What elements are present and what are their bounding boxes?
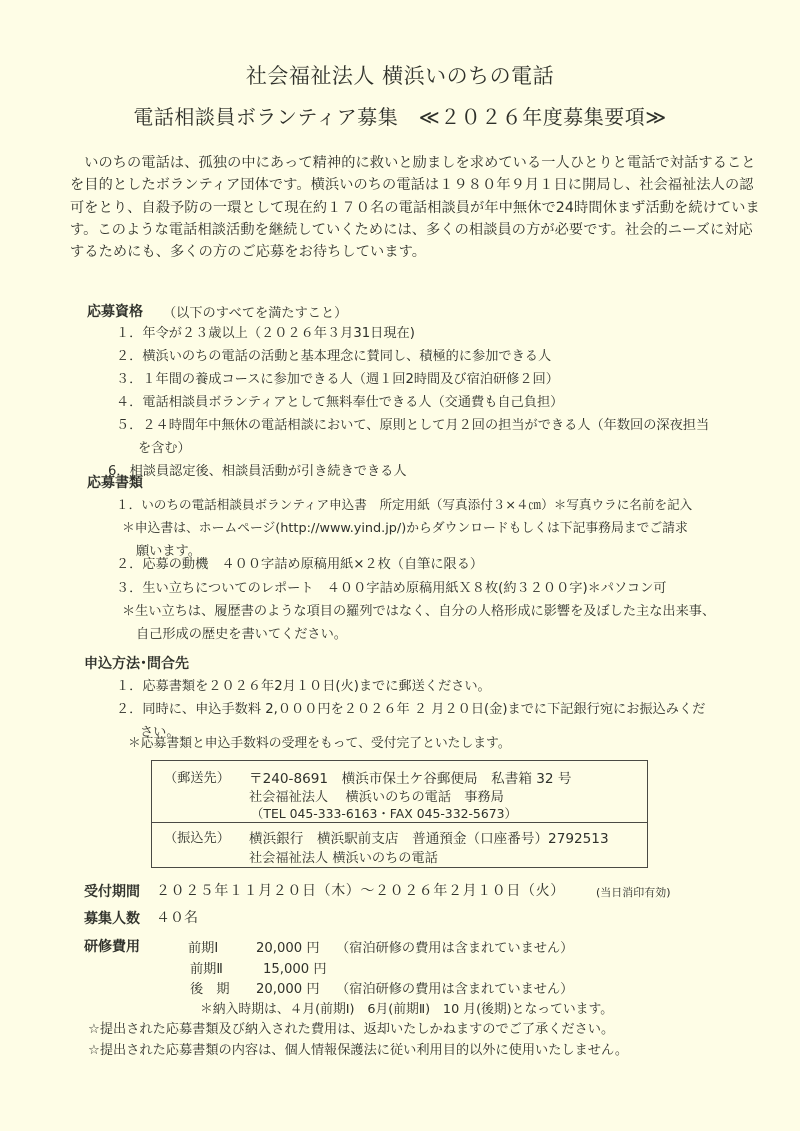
mail-recipient: 社会福祉法人 横浜いのちの電話 事務局 [249, 786, 504, 805]
period-note: (当日消印有効) [596, 884, 671, 900]
qualification-item: １．年令が２３歳以上（２０２６年３月31日現在) [116, 322, 415, 341]
document-item: １．いのちの電話相談員ボランティア申込書 所定用紙（写真添付３×４㎝）＊写真ウラ… [116, 494, 692, 513]
qualification-item: ３．１年間の養成コースに参加できる人（週１回2時間及び宿泊研修２回） [116, 368, 559, 387]
fee-term: 前期Ⅱ [190, 958, 223, 977]
qualification-item: ５．２４時間年中無休の電話相談において、原則として月２回の担当ができる人（年数回… [116, 414, 709, 433]
recruits-value: ４０名 [156, 907, 198, 927]
application-item: １．応募書類を２０２６年2月１０日(火)までに郵送ください。 [116, 675, 491, 694]
bank-account: 横浜銀行 横浜駅前支店 普通預金（口座番号）2792513 [249, 827, 609, 847]
organization-title: 社会福祉法人 横浜いのちの電話 [0, 60, 800, 90]
period-label: 受付期間 [84, 881, 140, 901]
fee-amount: 15,000 円 [263, 958, 327, 977]
fee-payment-note: ＊納入時期は、４月(前期Ⅰ) 6月(前期Ⅱ) 10 月(後期)となっています。 [200, 998, 613, 1017]
box-divider [152, 822, 647, 823]
recruits-label: 募集人数 [84, 908, 140, 928]
fee-term: 前期Ⅰ [188, 937, 218, 956]
qualifications-heading: 応募資格 [87, 301, 143, 321]
application-item: ２．同時に、申込手数料 2,０００円を２０２６年 ２ 月２０日(金)までに下記銀… [116, 698, 705, 717]
mail-address: 〒240-8691 横浜市保土ケ谷郵便局 私書箱 32 号 [249, 767, 571, 787]
qualification-item: ２．横浜いのちの電話の活動と基本理念に賛同し、積極的に参加できる人 [116, 345, 551, 364]
fee-term: 後 期 [190, 978, 230, 997]
notice-item: ☆提出された応募書類の内容は、個人情報保護法に従い利用目的以外に使用いたしません… [88, 1039, 628, 1058]
qualifications-note: （以下のすべてを満たすこと） [163, 302, 347, 321]
fee-note: （宿泊研修の費用は含まれていません） [336, 937, 573, 956]
period-value: ２０２５年１１月２０日（木）～２０２６年２月１０日（火） [156, 880, 565, 900]
qualification-item: ４．電話相談員ボランティアとして無料奉仕できる人（交通費も自己負担） [116, 391, 563, 410]
fees-label: 研修費用 [84, 936, 140, 956]
qualification-item-continued: を含む） [138, 437, 191, 456]
phone-fax: （TEL 045-333-6163・FAX 045-332-5673） [251, 804, 517, 822]
fee-amount: 20,000 円 [256, 937, 320, 956]
bank-label: （振込先） [164, 827, 230, 846]
document-item: ２．応募の動機 ４００字詰め原稿用紙×２枚（自筆に限る） [116, 553, 483, 572]
fee-note: （宿泊研修の費用は含まれていません） [336, 978, 573, 997]
intro-paragraph: いのちの電話は、孤独の中にあって精神的に救いと励ましを求めている一人ひとりと電話… [70, 152, 760, 263]
fee-amount: 20,000 円 [256, 978, 320, 997]
application-heading: 申込方法･問合先 [84, 653, 189, 673]
qualification-item: 6．相談員認定後、相談員活動が引き続きできる人 [108, 460, 407, 479]
application-note: ＊応募書類と申込手数料の受理をもって、受付完了といたします。 [128, 732, 511, 751]
recruitment-subtitle: 電話相談員ボランティア募集 ≪２０２６年度募集要項≫ [0, 101, 800, 130]
contact-box: （郵送先） 〒240-8691 横浜市保土ケ谷郵便局 私書箱 32 号 社会福祉… [151, 760, 648, 868]
bank-account-holder: 社会福祉法人 横浜いのちの電話 [249, 847, 438, 866]
document-note-continued: 自己形成の歴史を書いてください。 [136, 623, 347, 642]
document-item: ３．生い立ちについてのレポート ４００字詰め原稿用紙Ｘ８枚(約３２００字)＊パソ… [116, 577, 666, 596]
mail-label: （郵送先） [164, 767, 230, 786]
notice-item: ☆提出された応募書類及び納入された費用は、返却いたしかねますのでご了承ください。 [88, 1018, 614, 1037]
documents-heading: 応募書類 [87, 472, 143, 492]
document-note: ＊申込書は、ホームページ(http://www.yind.jp/)からダウンロー… [122, 517, 688, 536]
document-note: ＊生い立ちは、履歴書のような項目の羅列ではなく、自分の人格形成に影響を及ぼした主… [122, 600, 715, 619]
